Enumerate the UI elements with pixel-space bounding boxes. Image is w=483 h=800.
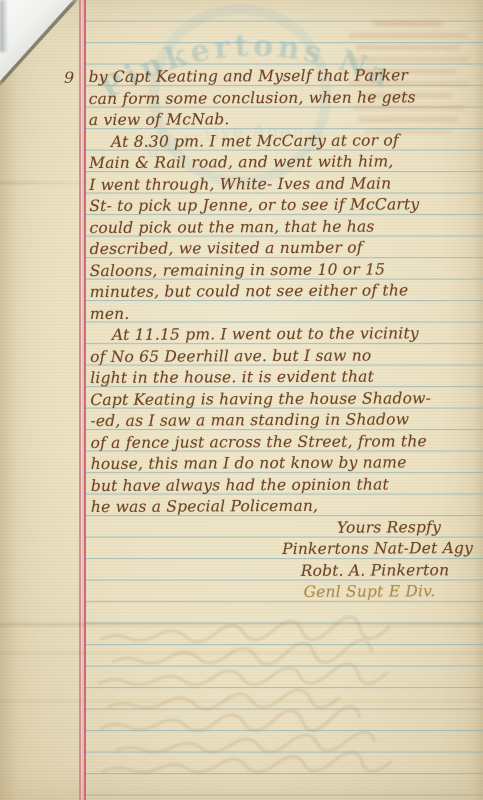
handwritten-line: At 11.15 pm. I went out to the vicinity [90, 323, 478, 347]
handwritten-line: light in the house. it is evident that [90, 366, 478, 390]
handwritten-line: St- to pick up Jenne, or to see if McCar… [89, 194, 477, 218]
handwritten-line: of a fence just across the Street, from … [91, 430, 479, 454]
bleedthrough-line [347, 57, 469, 62]
handwritten-line: of No 65 Deerhill ave. but I saw no [90, 344, 478, 368]
paper-crease [0, 700, 483, 702]
margin-line-inner [84, 0, 86, 800]
handwritten-line: Yours Respfy [91, 516, 479, 540]
handwritten-line: men. [90, 301, 478, 325]
handwritten-line: -ed, as I saw a man standing in Shadow [90, 409, 478, 433]
handwritten-line: Pinkertons Nat-Det Agy [91, 538, 479, 562]
handwritten-line: I went through, White- Ives and Main [89, 172, 477, 196]
letter-page: Pinkertons Natio Detective Agency [0, 0, 483, 800]
handwritten-line: a view of McNab. [89, 108, 477, 132]
bleedthrough-line [349, 33, 467, 38]
margin-line-outer [79, 0, 81, 800]
page-number: 9 [64, 68, 80, 87]
handwritten-line: can form some conclusion, when he gets [89, 86, 477, 110]
handwritten-line: Capt Keating is having the house Shadow- [90, 387, 478, 411]
handwritten-line: he was a Special Policeman, [91, 495, 479, 519]
handwritten-line: Genl Supt E Div. [91, 581, 479, 605]
handwritten-line: Main & Rail road, and went with him, [89, 151, 477, 175]
handwritten-line: but have always had the opinion that [91, 473, 479, 497]
handwritten-line: minutes, but could not see either of the [90, 280, 478, 304]
handwritten-line: At 8.30 pm. I met McCarty at cor of [89, 129, 477, 153]
paper-crease [0, 652, 483, 654]
handwritten-line: described, we visited a number of [89, 237, 477, 261]
letter-body: by Capt Keating and Myself that Parkerca… [89, 65, 480, 605]
handwritten-line: Saloons, remaining in some 10 or 15 [90, 258, 478, 282]
handwritten-line: Robt. A. Pinkerton [91, 559, 479, 583]
handwritten-line: could pick out the man, that he has [89, 215, 477, 239]
handwritten-line: by Capt Keating and Myself that Parker [89, 65, 477, 89]
bleedthrough-line [373, 21, 443, 26]
corner-fold-edge [0, 0, 8, 52]
handwritten-line: house, this man I do not know by name [91, 452, 479, 476]
bleedthrough-line [356, 45, 460, 50]
paper-crease [0, 623, 483, 626]
